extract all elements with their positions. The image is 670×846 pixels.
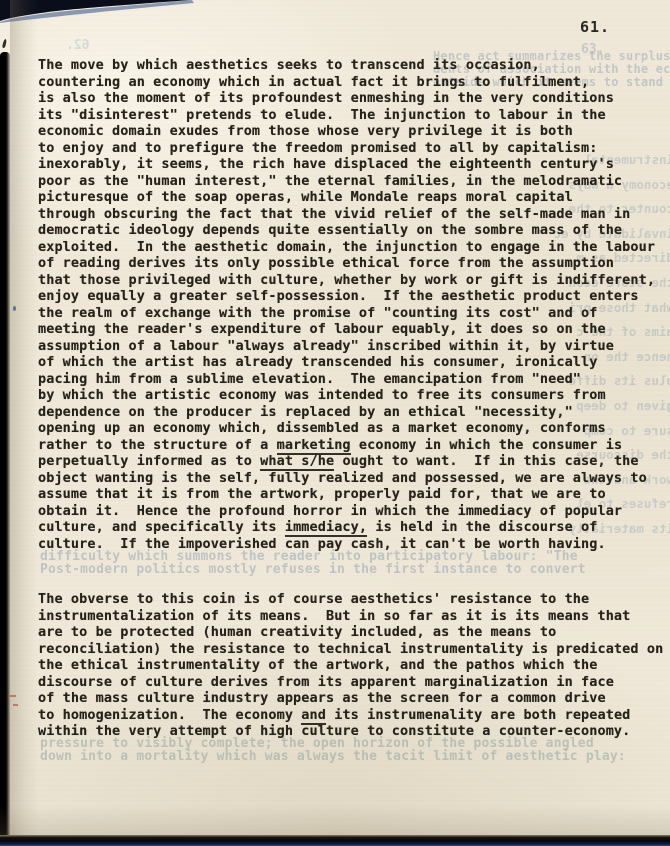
page-curl-shadow (0, 805, 670, 835)
underlined-text: immediacy, (285, 519, 367, 537)
text-line: of which the artist has already transcen… (38, 354, 670, 371)
text-line: dependence on the producer is replaced b… (38, 404, 670, 421)
bleedthrough-page-number-mirrored: 62. (66, 38, 89, 53)
underlined-text: marketing (277, 437, 351, 455)
body-text: The move by which aesthetics seeks to tr… (38, 57, 670, 740)
book-binding-edge (0, 52, 10, 836)
text-line: through obscuring the fact that the vivi… (38, 206, 670, 223)
text-line: opening up an economy which, dissembled … (38, 420, 670, 437)
text-line: The obverse to this coin is of course ae… (38, 591, 670, 608)
text-line: within the very attempt of high culture … (38, 723, 670, 740)
paragraph-2: The obverse to this coin is of course ae… (38, 591, 670, 740)
paragraph-1: The move by which aesthetics seeks to tr… (38, 57, 670, 552)
ink-speck (13, 704, 18, 706)
text-line: are to be protected (human creativity in… (38, 624, 670, 641)
text-line: assume that it is from the artwork, prop… (38, 486, 670, 503)
text-line: poor as the "human interest," the eterna… (38, 173, 670, 190)
text-line: inexorably, it seems, the rich have disp… (38, 156, 670, 173)
text-line: the ethical instrumentality of the artwo… (38, 657, 670, 674)
text-line: to enjoy and to prefigure the freedom pr… (38, 140, 670, 157)
text-line: its "disinterest" pretends to elude. The… (38, 107, 670, 124)
text-line: culture, and specifically its immediacy,… (38, 519, 670, 536)
text-line: of the mass culture industry appears as … (38, 690, 670, 707)
bleedthrough-text-line: down into a mortality which was always t… (40, 749, 626, 764)
page-number: 61. (580, 18, 610, 36)
text-line: culture. If the impoverished can pay cas… (38, 536, 670, 553)
text-line: meeting the reader's expenditure of labo… (38, 321, 670, 338)
underlined-text: and (301, 707, 326, 725)
text-line: democratic ideology depends quite essent… (38, 222, 670, 239)
text-line: exploited. In the aesthetic domain, the … (38, 239, 670, 256)
text-line: The move by which aesthetics seeks to tr… (38, 57, 670, 74)
text-line: picturesque of the soap operas, while Mo… (38, 189, 670, 206)
text-line: that those privileged with culture, whet… (38, 272, 670, 289)
ink-speck (10, 695, 16, 697)
text-line: reconciliation) the resistance to techni… (38, 641, 670, 658)
text-line: discourse of culture derives from its ap… (38, 674, 670, 691)
text-line: of reading derives its only possible eth… (38, 255, 670, 272)
text-line: perpetually informed as to what s/he oug… (38, 453, 670, 470)
text-line: countering an economy which in actual fa… (38, 74, 670, 91)
binding-shadow (10, 0, 38, 835)
text-line: by which the artistic economy was intend… (38, 387, 670, 404)
page-bottom-edge (0, 835, 670, 846)
text-line: pacing him from a sublime elevation. The… (38, 371, 670, 388)
text-line: rather to the structure of a marketing e… (38, 437, 670, 454)
text-line: economic domain exudes from those whose … (38, 123, 670, 140)
text-line: is also the moment of its profoundest en… (38, 90, 670, 107)
text-line: obtain it. Hence the profound horror in … (38, 503, 670, 520)
scanned-book-page: 63. 62. Hence act summarizes the surplus… (0, 0, 670, 846)
text-line: assumption of a labour "always already" … (38, 338, 670, 355)
underlined-text: what s/he (260, 453, 334, 471)
ink-speck (13, 306, 16, 311)
text-line: the realm of exchange with the promise o… (38, 305, 670, 322)
text-line: to homogenization. The economy and its i… (38, 707, 670, 724)
text-line: object wanting is the self, fully realiz… (38, 470, 670, 487)
text-line: instrumentalization of its means. But in… (38, 608, 670, 625)
text-line: enjoy equally a greater self-possession.… (38, 288, 670, 305)
